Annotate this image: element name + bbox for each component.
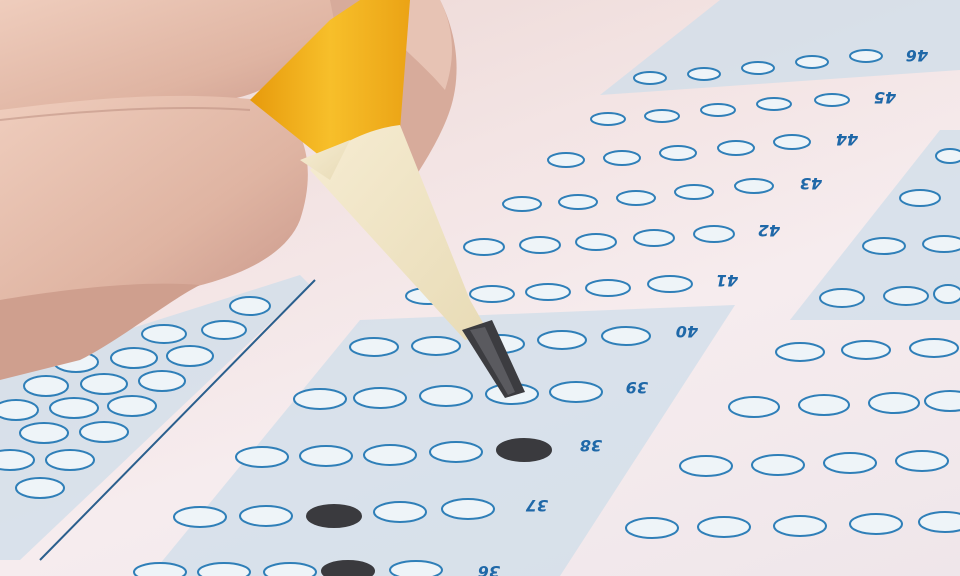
svg-text:46: 46 [906,46,929,65]
photo-scene: 36 37 38 39 [0,0,960,576]
svg-text:45: 45 [874,88,897,107]
svg-text:44: 44 [836,130,859,149]
row-44: 44 [548,130,859,167]
row-45: 45 [591,88,897,125]
row-42: 42 [464,221,781,255]
svg-text:39: 39 [626,378,648,397]
svg-text:37: 37 [525,496,548,515]
svg-text:40: 40 [676,322,699,341]
row-43: 43 [503,174,823,211]
svg-text:42: 42 [758,221,781,240]
svg-text:43: 43 [800,174,823,193]
answer-sheet: 36 37 38 39 [0,0,960,576]
svg-text:38: 38 [580,436,602,455]
svg-text:41: 41 [716,271,739,290]
svg-text:36: 36 [478,562,500,576]
